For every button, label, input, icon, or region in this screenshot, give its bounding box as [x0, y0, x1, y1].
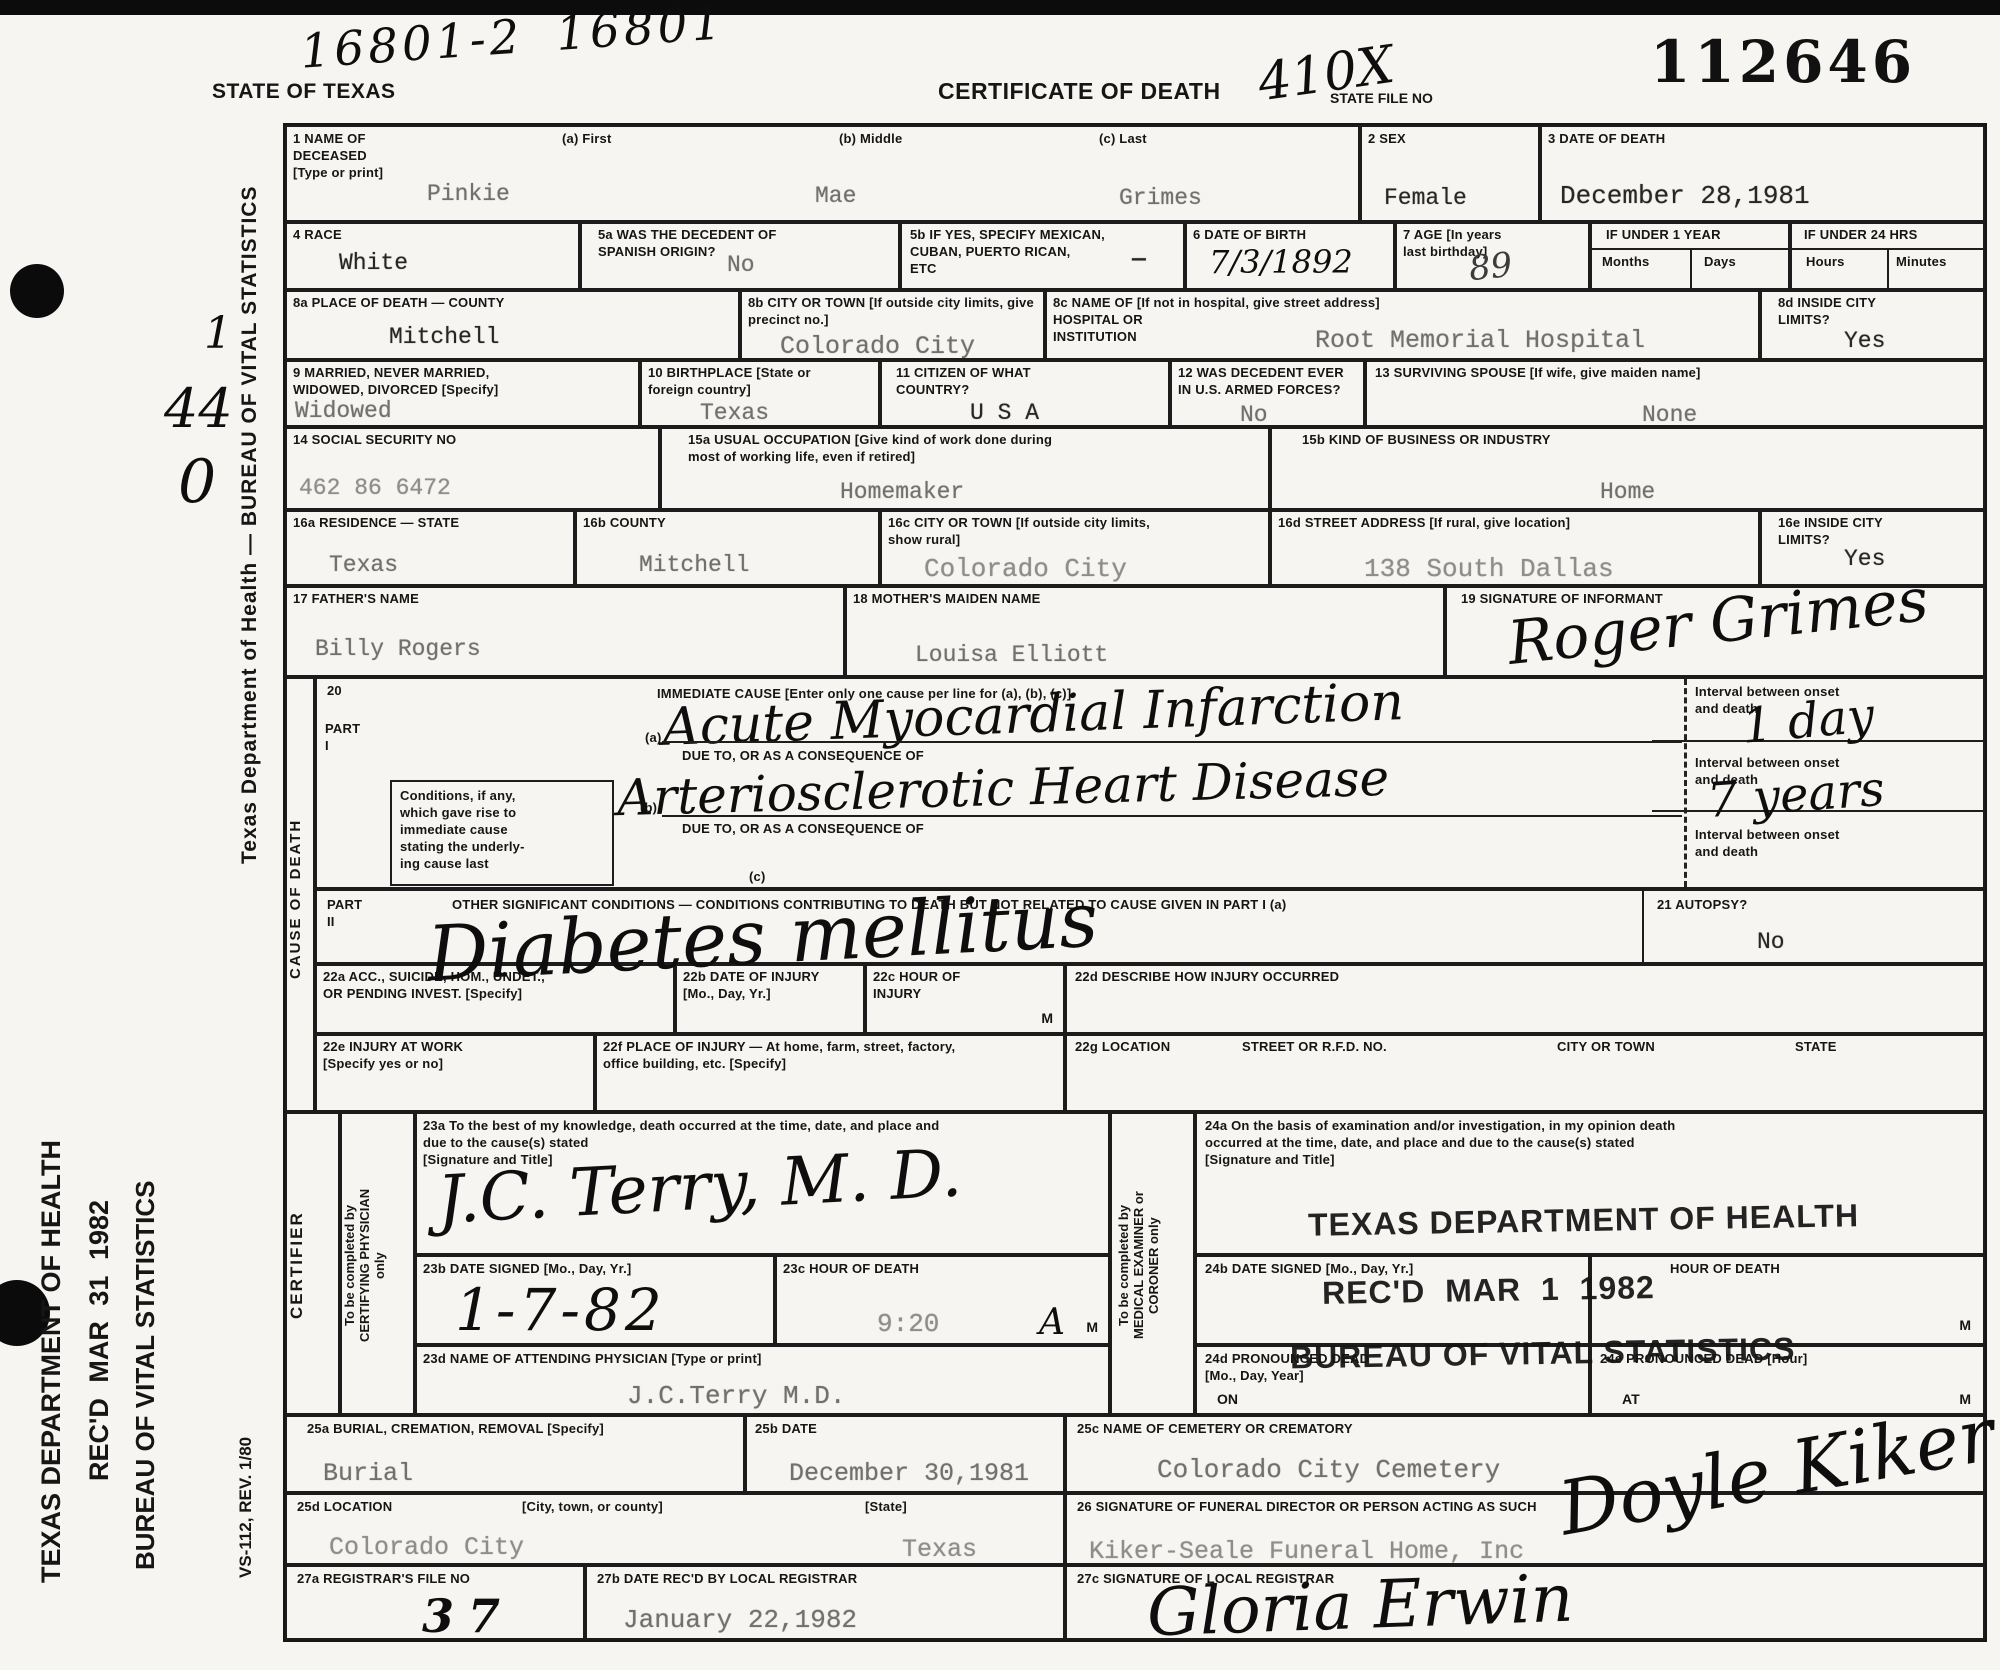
field-16c-residence-city: 16c CITY OR TOWN [If outside city limits… [880, 510, 1270, 586]
interval-column-divider [1684, 679, 1687, 887]
last-name-value: Grimes [1119, 185, 1202, 211]
field-9-label: 9 MARRIED, NEVER MARRIED, WIDOWED, DIVOR… [293, 365, 498, 399]
received-stamp-line1: TEXAS DEPARTMENT OF HEALTH [36, 1092, 82, 1632]
field-15a-occupation: 15a USUAL OCCUPATION [Give kind of work … [660, 427, 1270, 510]
cause-of-death-vertical-label: CAUSE OF DEATH [287, 719, 313, 1079]
field-17-father-name: 17 FATHER'S NAME Billy Rogers [285, 586, 845, 677]
field-1b-middle-label: (b) Middle [839, 131, 902, 148]
date-of-death-value: December 28,1981 [1560, 181, 1810, 211]
attending-physician-value: J.C.Terry M.D. [627, 1381, 845, 1411]
field-8d-label: 8d INSIDE CITY LIMITS? [1778, 295, 1876, 329]
divider [1690, 248, 1692, 290]
middle-name-value: Mae [815, 183, 856, 209]
field-if-under-24-hrs: IF UNDER 24 HRS Hours Minutes [1790, 222, 1985, 290]
residence-city-value: Colorado City [924, 554, 1127, 584]
field-27b-label: 27b DATE REC'D BY LOCAL REGISTRAR [597, 1571, 857, 1588]
burial-location-state: Texas [902, 1535, 977, 1564]
cause-b-underline [662, 815, 1682, 817]
street-rfd-label: STREET OR R.F.D. NO. [1242, 1039, 1387, 1056]
field-23d-attending-physician: 23d NAME OF ATTENDING PHYSICIAN [Type or… [415, 1345, 1110, 1415]
pronounced-at-label: AT [1622, 1391, 1640, 1407]
field-16d-label: 16d STREET ADDRESS [If rural, give locat… [1278, 515, 1570, 532]
minutes-label: Minutes [1896, 254, 1947, 271]
field-16a-label: 16a RESIDENCE — STATE [293, 515, 459, 532]
under-24-hrs-label: IF UNDER 24 HRS [1804, 227, 1918, 244]
hours-label: Hours [1806, 254, 1845, 271]
field-25a-burial: 25a BURIAL, CREMATION, REMOVAL [Specify]… [285, 1415, 745, 1493]
date-received-value: January 22,1982 [623, 1605, 857, 1635]
date-of-birth-value: 7/3/1892 [1209, 246, 1353, 278]
field-4-race: 4 RACE White [285, 222, 580, 290]
field-26-label: 26 SIGNATURE OF FUNERAL DIRECTOR OR PERS… [1077, 1499, 1537, 1516]
field-16b-label: 16b COUNTY [583, 515, 666, 532]
field-25c-label: 25c NAME OF CEMETERY OR CREMATORY [1077, 1421, 1353, 1438]
line-a-marker: (a) [645, 730, 662, 747]
field-15a-label: 15a USUAL OCCUPATION [Give kind of work … [688, 432, 1052, 466]
medical-examiner-note: To be completed by MEDICAL EXAMINER or C… [1116, 1119, 1191, 1412]
burial-date-value: December 30,1981 [789, 1459, 1029, 1488]
divider [1887, 248, 1889, 290]
days-label: Days [1704, 254, 1736, 271]
field-23a-certification: 23a To the best of my knowledge, death o… [415, 1112, 1110, 1255]
occupation-value: Homemaker [840, 479, 964, 505]
field-1c-last-label: (c) Last [1099, 131, 1147, 148]
conditions-note-box: Conditions, if any, which gave rise to i… [390, 780, 614, 886]
mother-name-value: Louisa Elliott [915, 642, 1108, 668]
field-13-surviving-spouse: 13 SURVIVING SPOUSE [If wife, give maide… [1365, 360, 1985, 427]
field-12-label: 12 WAS DECEDENT EVER IN U.S. ARMED FORCE… [1178, 365, 1344, 399]
certifying-physician-note: To be completed by CERTIFYING PHYSICIAN … [342, 1119, 413, 1412]
interval-a-value: 1 day [1740, 691, 1876, 750]
field-22d-how-injury-occurred: 22d DESCRIBE HOW INJURY OCCURRED [1065, 964, 1985, 1034]
divider [1642, 891, 1644, 962]
field-14-ssn: 14 SOCIAL SECURITY NO 462 86 6472 [285, 427, 660, 510]
death-certificate-scan: 16801-2 16801 112646 STATE OF TEXAS CERT… [0, 0, 2000, 1670]
field-16a-residence-state: 16a RESIDENCE — STATE Texas [285, 510, 575, 586]
field-8a-label: 8a PLACE OF DEATH — COUNTY [293, 295, 505, 312]
informant-signature: Roger Grimes [1505, 570, 1931, 674]
city-or-town-label: CITY OR TOWN [1557, 1039, 1655, 1056]
margin-note-1: 1 [204, 312, 232, 356]
field-23c-hour-of-death: 23c HOUR OF DEATH 9:20 A M [775, 1255, 1110, 1345]
field-14-label: 14 SOCIAL SECURITY NO [293, 432, 456, 449]
certifier-column: CERTIFIER [285, 1112, 340, 1415]
armed-forces-value: No [1240, 402, 1268, 428]
field-3-date-of-death: 3 DATE OF DEATH December 28,1981 [1540, 125, 1985, 222]
scan-edge-bar [0, 0, 2000, 15]
race-value: White [339, 250, 408, 276]
surviving-spouse-value: None [1642, 402, 1697, 428]
line-c-marker: (c) [749, 869, 766, 886]
field-22e-injury-at-work: 22e INJURY AT WORK [Specify yes or no] [315, 1034, 595, 1112]
field-16b-residence-county: 16b COUNTY Mitchell [575, 510, 880, 586]
medical-examiner-column: To be completed by MEDICAL EXAMINER or C… [1110, 1112, 1195, 1415]
due-to-2-label: DUE TO, OR AS A CONSEQUENCE OF [682, 821, 924, 838]
field-22g-location: 22g LOCATION STREET OR R.F.D. NO. CITY O… [1065, 1034, 1985, 1112]
field-11-label: 11 CITIZEN OF WHAT COUNTRY? [896, 365, 1031, 399]
field-22f-place-of-injury: 22f PLACE OF INJURY — At home, farm, str… [595, 1034, 1065, 1112]
field-8c-hospital: 8c NAME OF [If not in hospital, give str… [1045, 290, 1760, 360]
death-city-value: Colorado City [780, 332, 975, 361]
field-16e-label: 16e INSIDE CITY LIMITS? [1778, 515, 1883, 549]
field-19-informant-signature: 19 SIGNATURE OF INFORMANT Roger Grimes [1445, 586, 1985, 677]
interval-label-c: Interval between onset and death [1695, 827, 1840, 861]
field-1-name-of-deceased: 1 NAME OF DECEASED [Type or print] (a) F… [285, 125, 1360, 222]
birthplace-value: Texas [700, 400, 769, 426]
inside-limits-16e-value: Yes [1844, 546, 1885, 572]
field-25d-label: 25d LOCATION [297, 1499, 392, 1516]
residence-county-value: Mitchell [639, 552, 749, 578]
field-16d-street-address: 16d STREET ADDRESS [If rural, give locat… [1270, 510, 1760, 586]
field-15b-label: 15b KIND OF BUSINESS OR INDUSTRY [1302, 432, 1551, 449]
field-6-label: 6 DATE OF BIRTH [1193, 227, 1306, 244]
ssn-value: 462 86 6472 [299, 475, 451, 501]
certifier-vertical-label: CERTIFIER [287, 1124, 338, 1407]
conditions-note: Conditions, if any, which gave rise to i… [400, 788, 525, 872]
field-if-under-1-year: IF UNDER 1 YEAR Months Days [1590, 222, 1790, 290]
field-22c-hour-of-injury: 22c HOUR OF INJURY M [865, 964, 1065, 1034]
field-23c-label: 23c HOUR OF DEATH [783, 1261, 919, 1278]
age-value: 89 [1467, 248, 1514, 286]
date-signed-value: 1-7-82 [455, 1281, 666, 1339]
street-address-value: 138 South Dallas [1364, 554, 1614, 584]
field-18-mother-maiden-name: 18 MOTHER'S MAIDEN NAME Louisa Elliott [845, 586, 1445, 677]
field-22g-label: 22g LOCATION [1075, 1039, 1170, 1056]
field-16c-label: 16c CITY OR TOWN [If outside city limits… [888, 515, 1150, 549]
field-22d-label: 22d DESCRIBE HOW INJURY OCCURRED [1075, 969, 1339, 986]
part-1-cause-section: 20 PART I IMMEDIATE CAUSE [Enter only on… [315, 677, 1985, 889]
field-8a-place-of-death-county: 8a PLACE OF DEATH — COUNTY Mitchell [285, 290, 740, 360]
item-20-number: 20 [327, 683, 342, 700]
citizen-value: U S A [970, 400, 1039, 426]
margin-note-44: 44 [164, 382, 233, 436]
pronounced-on-label: ON [1217, 1391, 1238, 1407]
field-22f-label: 22f PLACE OF INJURY — At home, farm, str… [603, 1039, 955, 1073]
field-3-label: 3 DATE OF DEATH [1548, 131, 1665, 148]
field-1a-first-label: (a) First [562, 131, 611, 148]
field-8b-label: 8b CITY OR TOWN [If outside city limits,… [748, 295, 1034, 329]
interval-b-value: 7 years [1706, 765, 1886, 825]
autopsy-value: No [1757, 929, 1785, 955]
field-27c-registrar-signature: 27c SIGNATURE OF LOCAL REGISTRAR Gloria … [1065, 1565, 1985, 1640]
funeral-home-value: Kiker-Seale Funeral Home, Inc [1089, 1537, 1524, 1566]
field-1-label: 1 NAME OF DECEASED [Type or print] [293, 131, 383, 182]
field-27a-label: 27a REGISTRAR'S FILE NO [297, 1571, 470, 1588]
hour-of-death-value: 9:20 [877, 1309, 939, 1339]
agency-vertical-label: Texas Department of Health — BUREAU OF V… [238, 125, 272, 925]
industry-value: Home [1600, 479, 1655, 505]
under-1-year-label: IF UNDER 1 YEAR [1606, 227, 1721, 244]
received-stamp-line3: BUREAU OF VITAL STATISTICS [130, 1110, 176, 1640]
burial-location-city: Colorado City [329, 1533, 524, 1562]
part-2-section: PART II OTHER SIGNIFICANT CONDITIONS — C… [315, 889, 1985, 964]
inside-limits-8d-value: Yes [1844, 328, 1885, 354]
received-stamp-line2: REC'D MAR 31 1982 [84, 1105, 130, 1575]
meridiem-24c: M [1959, 1317, 1971, 1333]
field-27b-date-received: 27b DATE REC'D BY LOCAL REGISTRAR Januar… [585, 1565, 1065, 1640]
hour-of-death-ampm: A [1039, 1305, 1065, 1341]
field-18-label: 18 MOTHER'S MAIDEN NAME [853, 591, 1041, 608]
months-label: Months [1602, 254, 1649, 271]
first-name-value: Pinkie [427, 181, 510, 207]
field-7-age: 7 AGE [In years last birthday] 89 [1395, 222, 1590, 290]
state-of-texas-label: STATE OF TEXAS [212, 80, 396, 104]
field-23d-label: 23d NAME OF ATTENDING PHYSICIAN [Type or… [423, 1351, 762, 1368]
margin-note-0: 0 [178, 452, 216, 512]
marital-status-value: Widowed [295, 398, 392, 424]
field-23b-date-signed: 23b DATE SIGNED [Mo., Day, Yr.] 1-7-82 [415, 1255, 775, 1345]
spanish-origin-value: No [727, 252, 755, 278]
field-6-date-of-birth: 6 DATE OF BIRTH 7/3/1892 [1185, 222, 1395, 290]
field-11-citizen: 11 CITIZEN OF WHAT COUNTRY? U S A [880, 360, 1170, 427]
field-22e-label: 22e INJURY AT WORK [Specify yes or no] [323, 1039, 463, 1073]
hospital-value: Root Memorial Hospital [1315, 326, 1645, 355]
field-26-funeral-director: 26 SIGNATURE OF FUNERAL DIRECTOR OR PERS… [1065, 1493, 1985, 1565]
field-17-label: 17 FATHER'S NAME [293, 591, 419, 608]
sex-value: Female [1384, 185, 1467, 211]
state-file-no-label: STATE FILE NO [1330, 90, 1433, 106]
field-25d-location: 25d LOCATION [City, town, or county] [St… [285, 1493, 1065, 1565]
field-4-label: 4 RACE [293, 227, 342, 244]
field-8b-city-or-town: 8b CITY OR TOWN [If outside city limits,… [740, 290, 1045, 360]
received-stamp24-line2: REC'D MAR 1 1982 [1322, 1269, 1655, 1312]
death-county-value: Mitchell [389, 324, 499, 350]
field-5b-label: 5b IF YES, SPECIFY MEXICAN, CUBAN, PUERT… [910, 227, 1105, 278]
hole-punch-top [10, 264, 64, 318]
meridiem-23c: M [1086, 1319, 1098, 1335]
specify-origin-value: — [1132, 246, 1146, 272]
state-label: STATE [1795, 1039, 1837, 1056]
cause-a-underline [662, 741, 1682, 743]
residence-state-value: Texas [329, 552, 398, 578]
field-13-label: 13 SURVIVING SPOUSE [If wife, give maide… [1375, 365, 1701, 382]
cemetery-value: Colorado City Cemetery [1157, 1455, 1500, 1485]
field-8d-inside-city-limits: 8d INSIDE CITY LIMITS? Yes [1760, 290, 1985, 360]
field-9-marital-status: 9 MARRIED, NEVER MARRIED, WIDOWED, DIVOR… [285, 360, 640, 427]
form-number-vertical: VS-112, REV. 1/80 [236, 1375, 266, 1640]
field-25a-label: 25a BURIAL, CREMATION, REMOVAL [Specify] [307, 1421, 604, 1438]
father-name-value: Billy Rogers [315, 636, 481, 662]
meridiem-22c: M [1041, 1010, 1053, 1026]
burial-value: Burial [323, 1459, 413, 1488]
registrar-signature: Gloria Erwin [1146, 1566, 1574, 1647]
field-27a-registrar-file-no: 27a REGISTRAR'S FILE NO 37 [285, 1565, 585, 1640]
cause-of-death-column: CAUSE OF DEATH [285, 677, 315, 1112]
field-25b-label: 25b DATE [755, 1421, 817, 1438]
field-24c-label: HOUR OF DEATH [1670, 1261, 1780, 1278]
field-2-label: 2 SEX [1368, 131, 1406, 148]
field-21-label: 21 AUTOPSY? [1657, 897, 1747, 914]
field-25d-sublabel: [City, town, or county] [522, 1499, 663, 1516]
part-2-label: PART II [327, 897, 362, 931]
field-15b-industry: 15b KIND OF BUSINESS OR INDUSTRY Home [1270, 427, 1985, 510]
field-12-armed-forces: 12 WAS DECEDENT EVER IN U.S. ARMED FORCE… [1170, 360, 1365, 427]
field-25d-state-sublabel: [State] [865, 1499, 907, 1516]
certificate-number: 112646 [1650, 28, 1916, 96]
field-5b-specify-origin: 5b IF YES, SPECIFY MEXICAN, CUBAN, PUERT… [900, 222, 1185, 290]
field-2-sex: 2 SEX Female [1360, 125, 1540, 222]
field-5a-spanish-origin: 5a WAS THE DECEDENT OF SPANISH ORIGIN? N… [580, 222, 900, 290]
field-10-birthplace: 10 BIRTHPLACE [State or foreign country]… [640, 360, 880, 427]
field-24a-label: 24a On the basis of examination and/or i… [1205, 1118, 1675, 1169]
registrar-file-no-value: 37 [422, 1593, 514, 1639]
certifying-physician-column: To be completed by CERTIFYING PHYSICIAN … [340, 1112, 415, 1415]
field-10-label: 10 BIRTHPLACE [State or foreign country] [648, 365, 811, 399]
field-25b-burial-date: 25b DATE December 30,1981 [745, 1415, 1065, 1493]
part-1-label: PART I [325, 721, 360, 755]
certificate-title: CERTIFICATE OF DEATH [938, 78, 1221, 105]
